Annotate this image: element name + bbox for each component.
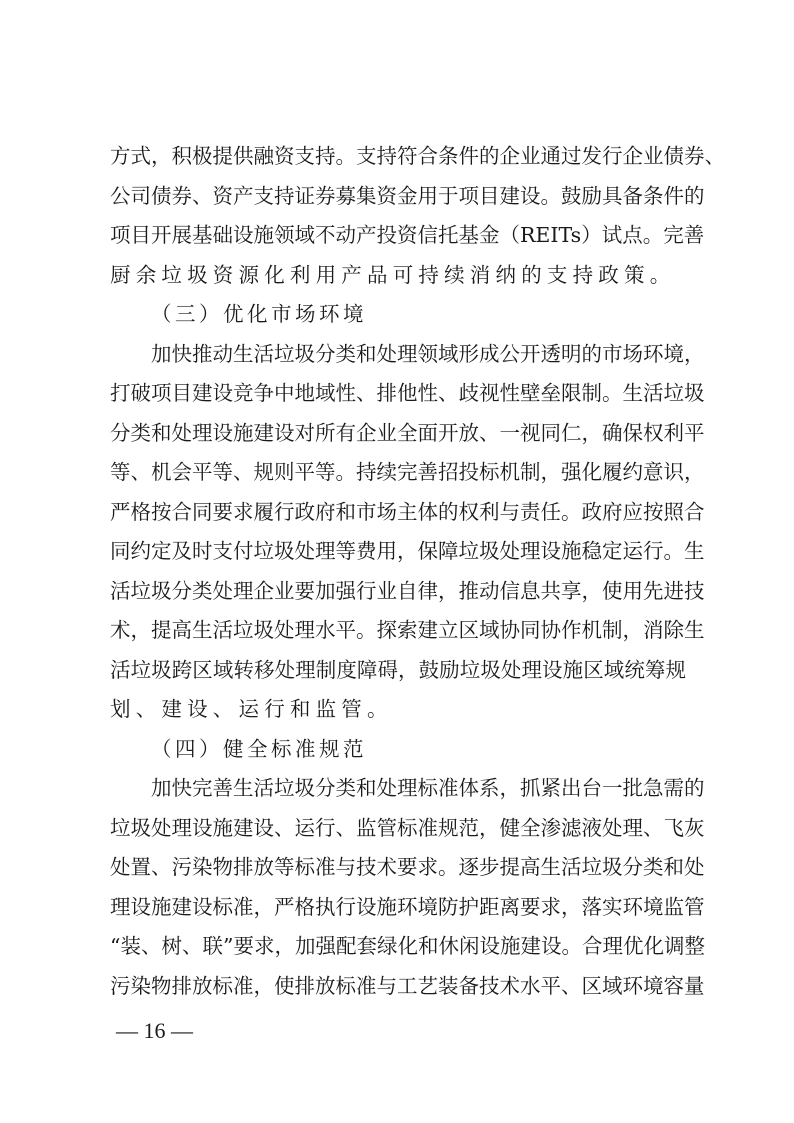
paragraph-line: 等、机会平等、规则平等。持续完善招投标机制，强化履约意识， bbox=[110, 453, 686, 493]
paragraph-line: 加快推动生活垃圾分类和处理领域形成公开透明的市场环境， bbox=[110, 335, 686, 375]
page-number: — 16 — bbox=[116, 1018, 193, 1044]
paragraph-line: 术，提高生活垃圾处理水平。探索建立区域协同协作机制，消除生 bbox=[110, 611, 686, 651]
paragraph-line: 厨余垃圾资源化利用产品可持续消纳的支持政策。 bbox=[110, 256, 690, 296]
section-heading-4: （四）健全标准规范 bbox=[110, 730, 690, 770]
paragraph-line: 同约定及时支付垃圾处理等费用，保障垃圾处理设施稳定运行。生 bbox=[110, 532, 686, 572]
paragraph-line: 分类和处理设施建设对所有企业全面开放、一视同仁，确保权利平 bbox=[110, 414, 686, 454]
paragraph-line: 加快完善生活垃圾分类和处理标准体系，抓紧出台一批急需的 bbox=[110, 769, 686, 809]
paragraph-line: “装、树、联”要求，加强配套绿化和休闲设施建设。合理优化调整 bbox=[110, 927, 686, 967]
document-page: 方式，积极提供融资支持。支持符合条件的企业通过发行企业债券、 公司债券、资产支持… bbox=[110, 137, 690, 1006]
paragraph-line: 项目开展基础设施领域不动产投资信托基金（REITs）试点。完善 bbox=[110, 216, 686, 256]
paragraph-line: 打破项目建设竞争中地域性、排他性、歧视性壁垒限制。生活垃圾 bbox=[110, 374, 686, 414]
paragraph-line: 公司债券、资产支持证券募集资金用于项目建设。鼓励具备条件的 bbox=[110, 177, 686, 217]
paragraph-line: 方式，积极提供融资支持。支持符合条件的企业通过发行企业债券、 bbox=[110, 137, 686, 177]
paragraph-line: 污染物排放标准，使排放标准与工艺装备技术水平、区域环境容量 bbox=[110, 967, 686, 1007]
paragraph-line: 划、建设、运行和监管。 bbox=[110, 690, 690, 730]
paragraph-line: 活垃圾跨区域转移处理制度障碍，鼓励垃圾处理设施区域统筹规 bbox=[110, 651, 686, 691]
paragraph-line: 处置、污染物排放等标准与技术要求。逐步提高生活垃圾分类和处 bbox=[110, 848, 686, 888]
paragraph-line: 活垃圾分类处理企业要加强行业自律，推动信息共享，使用先进技 bbox=[110, 572, 686, 612]
paragraph-line: 理设施建设标准，严格执行设施环境防护距离要求，落实环境监管 bbox=[110, 888, 686, 928]
paragraph-line: 垃圾处理设施建设、运行、监管标准规范，健全渗滤液处理、飞灰 bbox=[110, 809, 686, 849]
paragraph-line: 严格按合同要求履行政府和市场主体的权利与责任。政府应按照合 bbox=[110, 493, 686, 533]
section-heading-3: （三）优化市场环境 bbox=[110, 295, 690, 335]
